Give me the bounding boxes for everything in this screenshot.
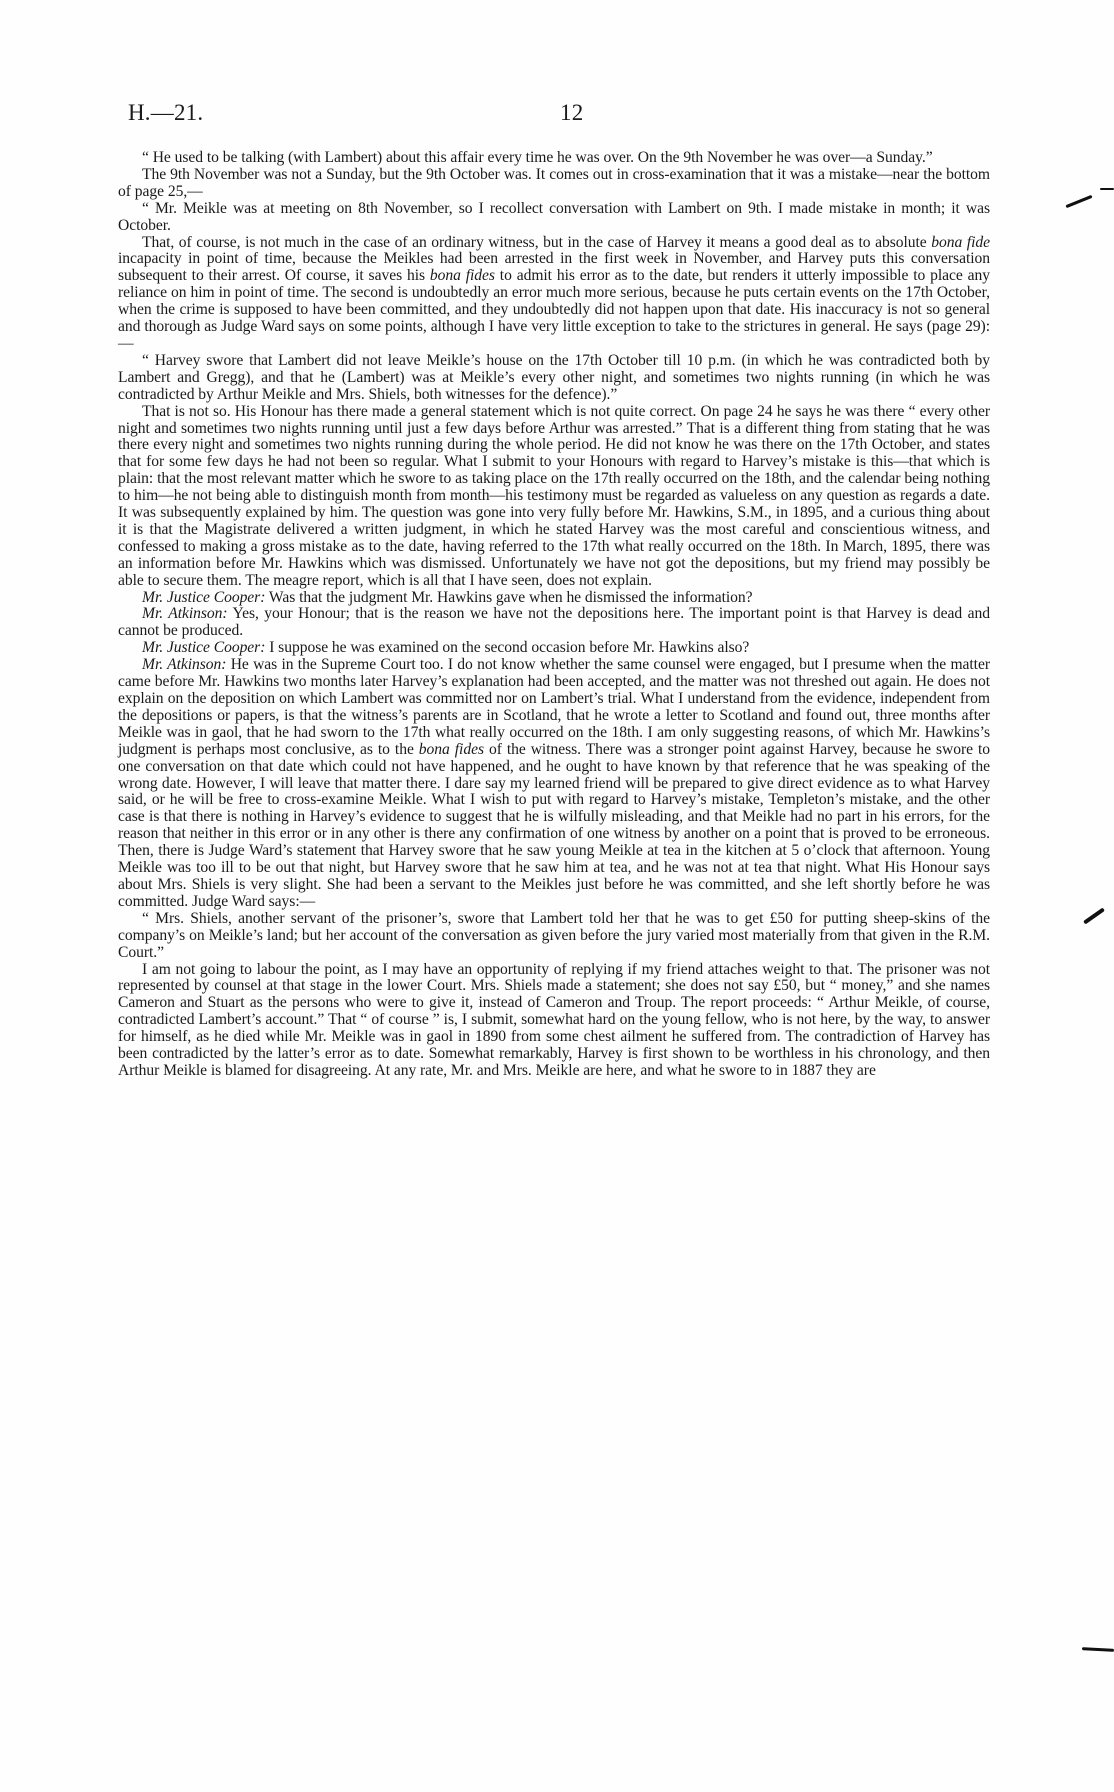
italic-phrase: bona fide (931, 234, 990, 251)
dialogue-paragraph: Mr. Justice Cooper: Was that the judgmen… (118, 590, 990, 607)
dialogue-paragraph: Mr. Justice Cooper: I suppose he was exa… (118, 640, 990, 657)
quote-paragraph: “ Mr. Meikle was at meeting on 8th Novem… (118, 201, 990, 235)
margin-pencil-mark (1083, 907, 1105, 924)
dialogue-text: Was that the judgment Mr. Hawkins gave w… (265, 589, 752, 606)
body-text: “ He used to be talking (with Lambert) a… (118, 150, 990, 1080)
quote-paragraph: “ He used to be talking (with Lambert) a… (118, 150, 990, 167)
text-run: That, of course, is not much in the case… (142, 234, 931, 251)
dialogue-text: of the witness. There was a stronger poi… (118, 741, 990, 910)
dialogue-paragraph: Mr. Atkinson: He was in the Supreme Cour… (118, 657, 990, 911)
quote-paragraph: “ Mrs. Shiels, another servant of the pr… (118, 911, 990, 962)
margin-pencil-mark (1082, 1647, 1114, 1652)
paragraph: That, of course, is not much in the case… (118, 235, 990, 353)
paragraph: I am not going to labour the point, as I… (118, 962, 990, 1080)
dialogue-text: I suppose he was examined on the second … (265, 639, 749, 656)
page-header: H.—21. 12 (128, 100, 990, 130)
document-reference: H.—21. (128, 100, 203, 126)
margin-pencil-mark (1100, 188, 1114, 190)
speaker-name: Mr. Justice Cooper: (142, 639, 265, 656)
speaker-name: Mr. Atkinson: (142, 605, 228, 622)
paragraph: The 9th November was not a Sunday, but t… (118, 167, 990, 201)
speaker-name: Mr. Justice Cooper: (142, 589, 265, 606)
speaker-name: Mr. Atkinson: (142, 656, 226, 673)
margin-pencil-mark (1065, 195, 1092, 208)
italic-phrase: bona fides (419, 741, 484, 758)
dialogue-text: Yes, your Honour; that is the reason we … (118, 605, 990, 639)
quote-paragraph: “ Harvey swore that Lambert did not leav… (118, 353, 990, 404)
dialogue-paragraph: Mr. Atkinson: Yes, your Honour; that is … (118, 606, 990, 640)
italic-phrase: bona fides (430, 267, 495, 284)
paragraph: That is not so. His Honour has there mad… (118, 404, 990, 590)
document-page: H.—21. 12 “ He used to be talking (with … (0, 0, 1114, 1792)
page-number: 12 (560, 100, 583, 126)
